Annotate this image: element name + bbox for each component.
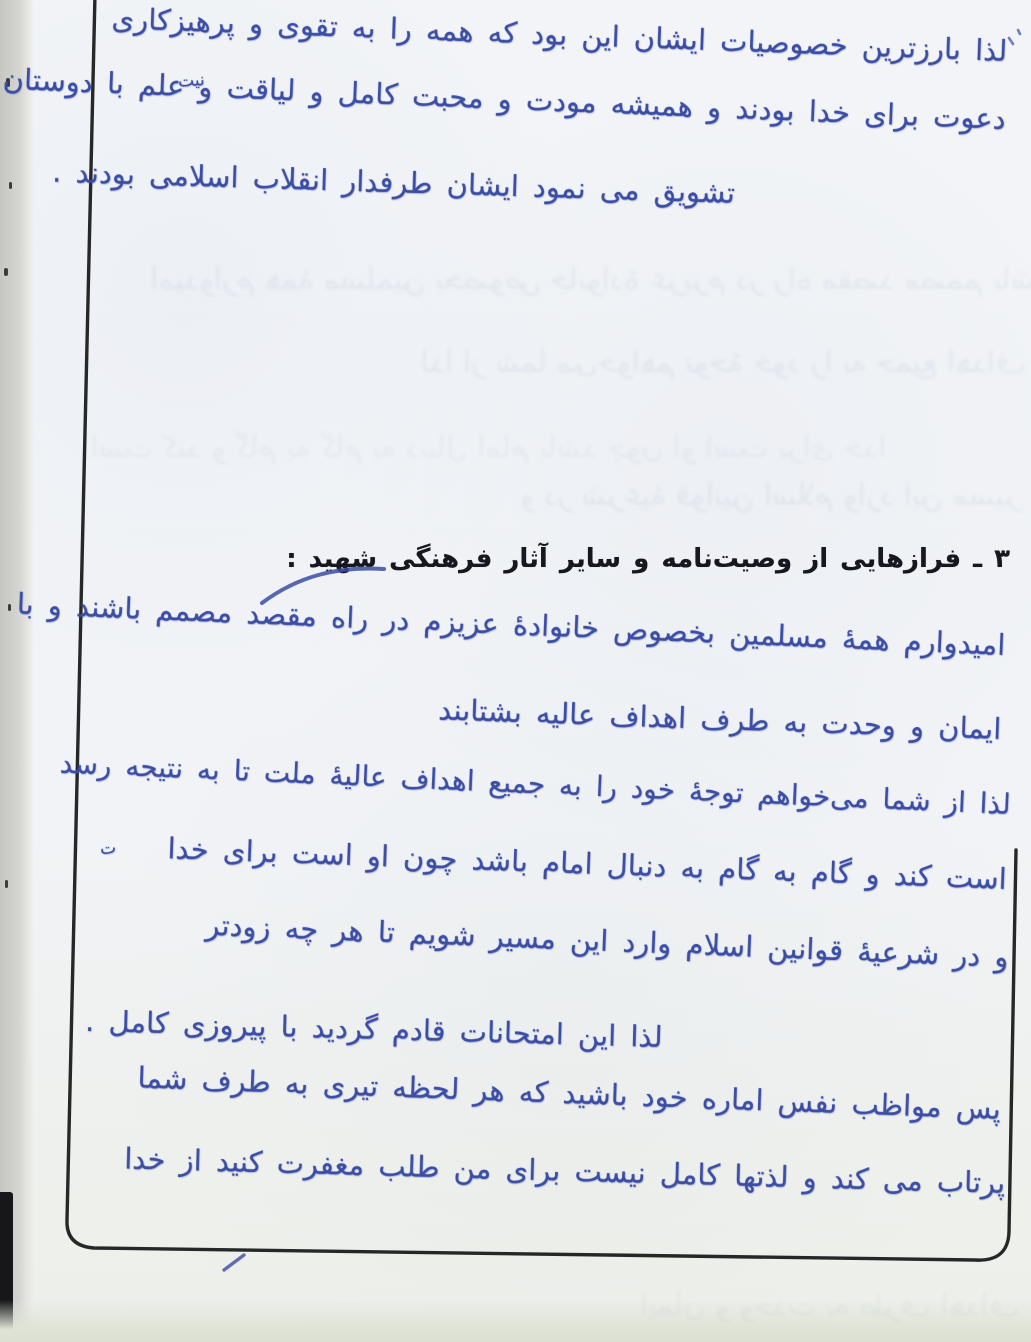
section-heading: ۳ ـ فرازهایی از وصیت‌نامه و سایر آثار فر… xyxy=(286,544,1010,574)
handwritten-line: لذا از شما می‌خواهم توجهٔ خود را به جمیع… xyxy=(59,747,1011,821)
paper-speck xyxy=(9,182,12,189)
handwritten-line: لذا این امتحانات قادم گردید با پیروزی کا… xyxy=(85,1004,663,1054)
bleed-through-text: است کند و گام به گام به دنبال امام باشد … xyxy=(90,430,886,465)
handwritten-line: است کند و گام به گام به دنبال امام باشد … xyxy=(167,831,1007,896)
handwritten-line: ایمان و وحدت به طرف اهداف عالیه بشتابند xyxy=(437,692,1001,746)
scan-edge-strip xyxy=(0,0,34,1342)
handwritten-line: تشویق می نمود ایشان طرفدار انقلاب اسلامی… xyxy=(52,155,736,210)
handwritten-line: دعوت برای خدا بودند و همیشه مودت و محبت … xyxy=(2,62,1006,136)
handwritten-line: پس مواظب نفس اماره خود باشید که هر لحظه … xyxy=(137,1060,1002,1126)
handwritten-line: امیدوارم همهٔ مسلمین بخصوص خانوادهٔ عزیز… xyxy=(16,587,1006,662)
bleed-through-text: و در شرعیهٔ قوانین اسلام وارد این مسیر ش… xyxy=(520,478,1031,513)
paper-speck xyxy=(8,604,11,611)
handwritten-line: لذا بارزترین خصوصیات ایشان این بود که هم… xyxy=(111,1,1008,68)
paper-speck xyxy=(4,268,8,276)
scanned-document-page: امیدوارم همهٔ مسلمین بخصوص خانوادهٔ عزیز… xyxy=(0,0,1031,1342)
insertion-note: ت xyxy=(99,838,117,859)
scan-bottom-tint xyxy=(0,1300,1031,1342)
paper-speck xyxy=(5,880,8,888)
handwritten-line: پرتاب می کند و لذتها کامل نیست برای من ط… xyxy=(124,1141,1006,1200)
bleed-through-text: لذا از شما می‌خواهم توجهٔ خود را به جمیع… xyxy=(420,345,1031,380)
insertion-note: نیت xyxy=(177,70,205,92)
handwritten-line: و در شرعیهٔ قوانین اسلام وارد این مسیر ش… xyxy=(205,908,1009,974)
bleed-through-text: امیدوارم همهٔ مسلمین بخصوص خانوادهٔ عزیز… xyxy=(150,262,1031,297)
